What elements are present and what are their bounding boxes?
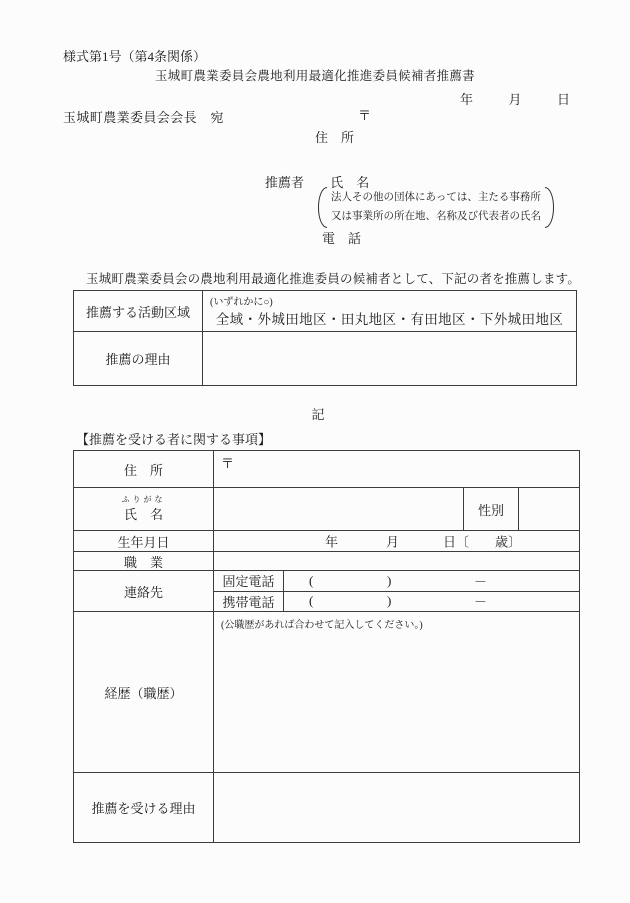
birth-year-label: 年 (325, 532, 338, 551)
corporate-note-line2: 又は事業所の所在地、名称及び代表者の氏名 (331, 207, 541, 226)
birthdate-cell: 年 月 日〔 歳〕 (214, 531, 579, 551)
table-row-recommendation-reason: 推薦の理由 (74, 331, 576, 385)
activity-area-label: 推薦する活動区域 (74, 291, 203, 331)
phone-close-paren: ) (387, 593, 391, 609)
name-label-cell: ふりがな 氏 名 (74, 488, 214, 530)
document-page: 様式第1号（第4条関係） 玉城町農業委員会農地利用最適化推進委員候補者推薦書 年… (0, 0, 630, 903)
table-row-address: 住 所 〒 (74, 451, 579, 487)
activity-area-note: (いずれかに○) (210, 293, 273, 308)
birthdate-label: 生年月日 (74, 531, 214, 551)
table-row-name: ふりがな 氏 名 性別 (74, 487, 579, 530)
postal-mark: 〒 (221, 453, 234, 472)
corporate-entity-note: 法人その他の団体にあっては、主たる事務所 又は事業所の所在地、名称及び代表者の氏… (318, 187, 554, 228)
candidate-table: 住 所 〒 ふりがな 氏 名 性別 生年月日 年 月 日〔 歳〕 (73, 450, 580, 843)
recommendation-reason-cell (203, 332, 576, 385)
recommender-address-label: 住 所 (315, 127, 354, 146)
birth-month-label: 月 (386, 532, 399, 551)
sex-label: 性別 (463, 488, 518, 530)
corporate-note-text: 法人その他の団体にあっては、主たる事務所 又は事業所の所在地、名称及び代表者の氏… (327, 187, 545, 228)
addressee: 玉城町農業委員会会長 宛 (63, 107, 224, 126)
occupation-cell (214, 552, 579, 570)
date-month-label: 月 (508, 89, 521, 108)
activity-area-cell: (いずれかに○) 全域・外城田地区・田丸地区・有田地区・下外城田地区 (203, 291, 576, 331)
address-cell: 〒 (214, 451, 579, 487)
record-mark: 記 (0, 404, 630, 423)
contact-fixed-row: 固定電話 ( ) － (214, 571, 579, 591)
fixed-phone-label: 固定電話 (214, 571, 284, 591)
date-year-label: 年 (460, 89, 473, 108)
furigana-label: ふりがな (122, 495, 166, 504)
table-row-activity-area: 推薦する活動区域 (いずれかに○) 全域・外城田地区・田丸地区・有田地区・下外城… (74, 291, 576, 331)
contact-mobile-row: 携帯電話 ( ) － (214, 591, 579, 612)
postal-mark: 〒 (358, 105, 371, 124)
corporate-note-line1: 法人その他の団体にあっては、主たる事務所 (331, 188, 541, 207)
occupation-label: 職 業 (74, 552, 214, 570)
date-day-label: 日 (557, 89, 570, 108)
address-label: 住 所 (74, 451, 214, 487)
career-label: 経歴（職歴） (74, 612, 214, 772)
form-number: 様式第1号（第4条関係） (63, 46, 206, 65)
recommendation-table: 推薦する活動区域 (いずれかに○) 全域・外城田地区・田丸地区・有田地区・下外城… (73, 290, 577, 386)
mobile-phone-label: 携帯電話 (214, 592, 284, 612)
sex-value-cell (518, 488, 579, 530)
recommender-phone-label: 電 話 (322, 228, 361, 247)
name-label: 氏 名 (124, 504, 163, 523)
table-row-accept-reason: 推薦を受ける理由 (74, 772, 579, 842)
phone-open-paren: ( (309, 573, 313, 589)
table-row-occupation: 職 業 (74, 551, 579, 570)
accept-reason-cell (214, 773, 579, 842)
phone-dash: － (474, 592, 487, 611)
birth-age-label: 歳〕 (495, 532, 521, 551)
section-heading: 【推薦を受ける者に関する事項】 (76, 429, 271, 448)
big-paren-left (318, 187, 327, 228)
big-paren-right (545, 187, 554, 228)
phone-dash: － (474, 571, 487, 590)
accept-reason-label: 推薦を受ける理由 (74, 773, 214, 842)
name-value-cell (214, 488, 463, 530)
table-row-career: 経歴（職歴） (公職歴があれば合わせて記入してください。) (74, 611, 579, 772)
document-title: 玉城町農業委員会農地利用最適化推進委員候補者推薦書 (0, 66, 630, 84)
recommendation-reason-label: 推薦の理由 (74, 332, 203, 385)
phone-close-paren: ) (387, 573, 391, 589)
table-row-contact: 連絡先 固定電話 ( ) － 携帯電話 ( ) － (74, 570, 579, 611)
intro-sentence: 玉城町農業委員会の農地利用最適化推進委員の候補者として、下記の者を推薦します。 (86, 269, 580, 287)
activity-area-options: 全域・外城田地区・田丸地区・有田地区・下外城田地区 (203, 308, 576, 328)
fixed-phone-cell: ( ) － (284, 571, 579, 591)
birth-day-label: 日〔 (443, 532, 469, 551)
date-line: 年 月 日 (460, 89, 570, 108)
phone-open-paren: ( (309, 593, 313, 609)
table-row-birthdate: 生年月日 年 月 日〔 歳〕 (74, 530, 579, 551)
name-cells: 性別 (214, 488, 579, 530)
contact-cells: 固定電話 ( ) － 携帯電話 ( ) － (214, 571, 579, 611)
career-note: (公職歴があれば合わせて記入してください。) (221, 616, 423, 631)
contact-label: 連絡先 (74, 571, 214, 611)
mobile-phone-cell: ( ) － (284, 592, 579, 612)
recommender-label: 推薦者 (265, 175, 304, 190)
career-cell: (公職歴があれば合わせて記入してください。) (214, 612, 579, 772)
